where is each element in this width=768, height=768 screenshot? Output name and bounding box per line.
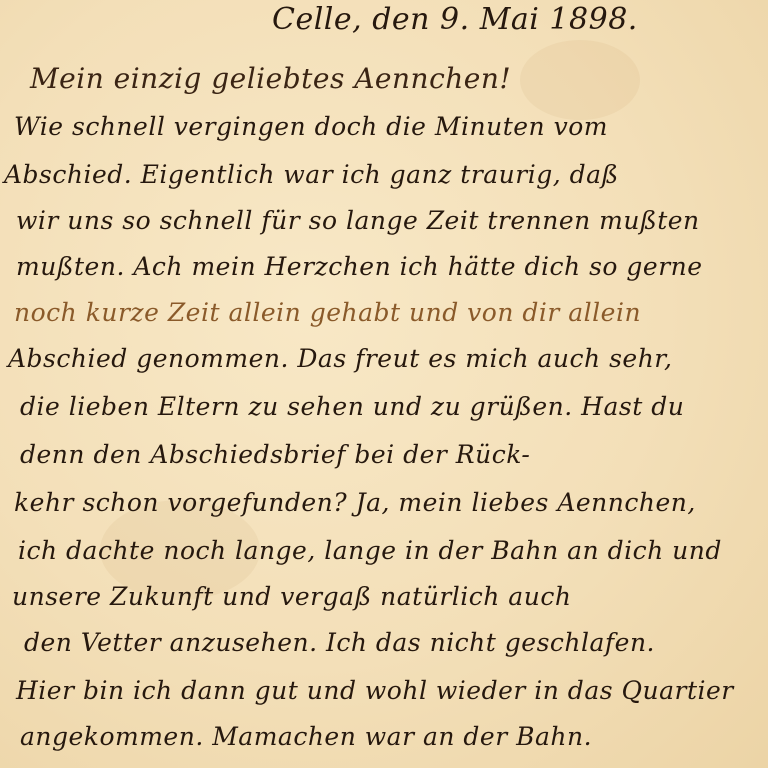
letter-line: den Vetter anzusehen. Ich das nicht gesc…: [24, 628, 655, 657]
letter-line: Hier bin ich dann gut und wohl wieder in…: [16, 676, 734, 705]
letter-line: Abschied. Eigentlich war ich ganz trauri…: [4, 160, 619, 189]
salutation: Mein einzig geliebtes Aennchen!: [30, 62, 511, 95]
letter-line: die lieben Eltern zu sehen und zu grüßen…: [20, 392, 684, 421]
letter-line: unsere Zukunft und vergaß natürlich auch: [12, 582, 571, 611]
letter-line: wir uns so schnell für so lange Zeit tre…: [16, 206, 700, 235]
letter-line: Wie schnell vergingen doch die Minuten v…: [14, 112, 608, 141]
paper-stain: [520, 40, 640, 120]
date-line: Celle, den 9. Mai 1898.: [272, 2, 638, 37]
letter-line: mußten. Ach mein Herzchen ich hätte dich…: [16, 252, 703, 281]
letter-line: denn den Abschiedsbrief bei der Rück-: [20, 440, 530, 469]
letter-line: angekommen. Mamachen war an der Bahn.: [20, 722, 592, 751]
letter-line: noch kurze Zeit allein gehabt und von di…: [14, 298, 641, 327]
letter-line: Abschied genommen. Das freut es mich auc…: [8, 344, 672, 373]
letter-line: ich dachte noch lange, lange in der Bahn…: [18, 536, 722, 565]
letter-line: kehr schon vorgefunden? Ja, mein liebes …: [14, 488, 696, 517]
letter-page: Celle, den 9. Mai 1898. Mein einzig geli…: [0, 0, 768, 768]
